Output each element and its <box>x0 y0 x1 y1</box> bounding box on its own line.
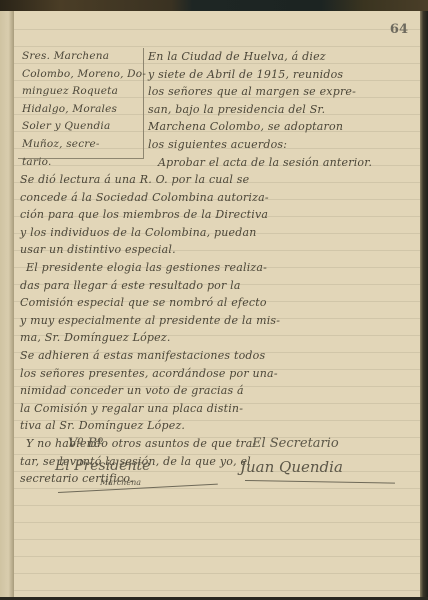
margin-line: Colombo, Moreno, Do- <box>22 66 146 84</box>
text-line: usar un distintivo especial. <box>20 241 280 259</box>
minutes-body: Se dió lectura á una R. O. por la cual s… <box>20 171 280 488</box>
margin-line: Soler y Quendia <box>22 118 146 136</box>
text-line: Se dió lectura á una R. O. por la cual s… <box>20 171 280 189</box>
president-signature: Marchena <box>100 478 141 487</box>
text-line: Comisión especial que se nombró al efect… <box>20 294 280 312</box>
secretary-title: El Secretario <box>252 436 339 451</box>
page-right-edge <box>420 11 428 600</box>
president-title: El Presidente <box>55 458 150 474</box>
text-line: Marchena Colombo, se adoptaron <box>148 118 372 136</box>
page-binding-edge <box>0 11 14 598</box>
margin-line: minguez Roqueta <box>22 83 146 101</box>
approval-mark: Vº Bº <box>68 436 103 451</box>
text-line: ma, Sr. Domínguez López. <box>20 329 280 347</box>
page-number: 64 <box>390 22 408 37</box>
margin-line: tario. <box>22 154 146 172</box>
text-line: tiva al Sr. Domínguez López. <box>20 417 280 435</box>
text-line: y muy especialmente al presidente de la … <box>20 312 280 330</box>
text-line: los señores que al margen se expre- <box>148 83 372 101</box>
secretary-signature: Juan Quendia <box>240 458 343 476</box>
scan-top-border <box>0 0 428 11</box>
margin-line: Sres. Marchena <box>22 48 146 66</box>
text-line: Se adhieren á estas manifestaciones todo… <box>20 347 280 365</box>
text-line: y los individuos de la Colombina, puedan <box>20 224 280 242</box>
text-line: los señores presentes, acordándose por u… <box>20 365 280 383</box>
minutes-opening: En la Ciudad de Huelva, á diez y siete d… <box>148 48 372 171</box>
attendees-margin-note: Sres. Marchena Colombo, Moreno, Do- ming… <box>22 48 146 171</box>
text-line: y siete de Abril de 1915, reunidos <box>148 66 372 84</box>
margin-line: Hidalgo, Morales <box>22 101 146 119</box>
text-line: la Comisión y regalar una placa distin- <box>20 400 280 418</box>
text-line: Y no habiendo otros asuntos de que tra- <box>20 435 280 453</box>
margin-line: Muñoz, secre- <box>22 136 146 154</box>
text-line: El presidente elogia las gestiones reali… <box>20 259 280 277</box>
text-line: los siguientes acuerdos: <box>148 136 372 154</box>
text-line: nimidad conceder un voto de gracias á <box>20 382 280 400</box>
text-line: concede á la Sociedad Colombina autoriza… <box>20 189 280 207</box>
text-line: san, bajo la presidencia del Sr. <box>148 101 372 119</box>
text-line: ción para que los miembros de la Directi… <box>20 206 280 224</box>
text-line: Aprobar el acta de la sesión anterior. <box>148 154 372 172</box>
text-line: das para llegar á este resultado por la <box>20 277 280 295</box>
text-line: En la Ciudad de Huelva, á diez <box>148 48 372 66</box>
